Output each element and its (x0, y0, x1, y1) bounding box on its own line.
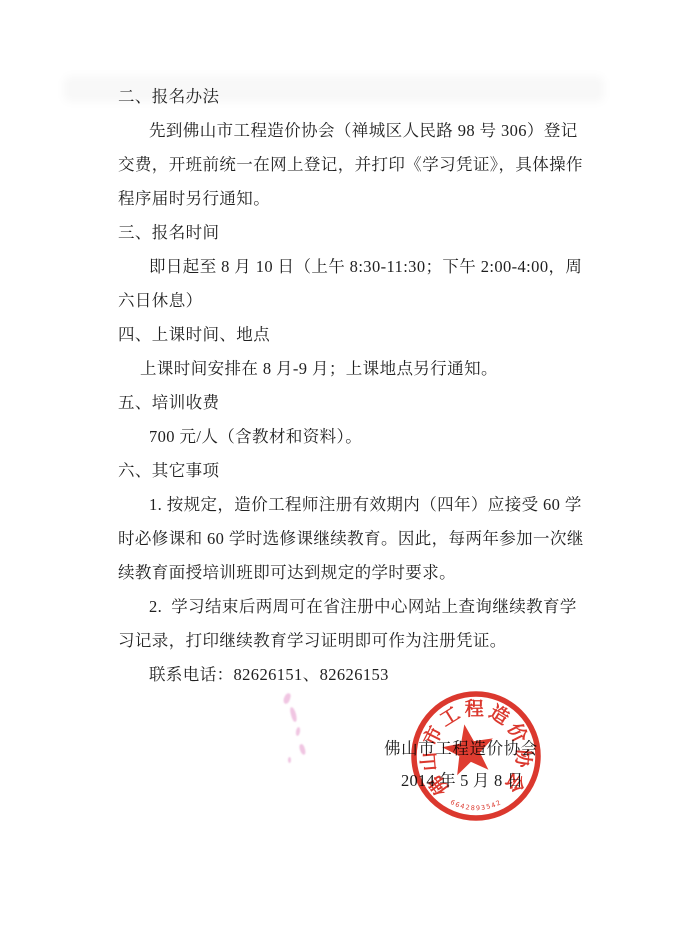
ink-smudge (295, 727, 301, 737)
body-line: 即日起至 8 月 10 日（上午 8:30-11:30；下午 2:00-4:00… (118, 250, 588, 284)
section-heading-5: 五、培训收费 (118, 386, 588, 420)
ink-smudge (289, 707, 297, 723)
body-line: 2. 学习结束后两周可在省注册中心网站上查询继续教育学 (118, 590, 588, 624)
svg-text:6642893542: 6642893542 (449, 798, 503, 812)
body-line: 1. 按规定，造价工程师注册有效期内（四年）应接受 60 学 (118, 488, 588, 522)
ink-smudge (298, 743, 306, 755)
body-line: 时必修课和 60 学时选修课继续教育。因此，每两年参加一次继 (118, 522, 588, 556)
body-line: 先到佛山市工程造价协会（禅城区人民路 98 号 306）登记 (118, 114, 588, 148)
body-line: 续教育面授培训班即可达到规定的学时要求。 (118, 556, 588, 590)
section-heading-4: 四、上课时间、地点 (118, 318, 588, 352)
body-line: 700 元/人（含教材和资料）。 (118, 420, 588, 454)
ink-smudge (282, 692, 291, 704)
section-heading-2: 二、报名办法 (118, 80, 588, 114)
document-page: 二、报名办法 先到佛山市工程造价协会（禅城区人民路 98 号 306）登记 交费… (0, 0, 680, 935)
document-body: 二、报名办法 先到佛山市工程造价协会（禅城区人民路 98 号 306）登记 交费… (118, 80, 588, 692)
section-heading-6: 六、其它事项 (118, 454, 588, 488)
official-seal: 佛山市工程造价协会 6642893542 (400, 679, 552, 831)
body-line: 交费，开班前统一在网上登记，并打印《学习凭证》，具体操作 (118, 148, 588, 182)
body-line: 程序届时另行通知。 (118, 182, 588, 216)
seal-serial-number: 6642893542 (449, 798, 503, 812)
body-line: 习记录，打印继续教育学习证明即可作为注册凭证。 (118, 624, 588, 658)
body-line: 上课时间安排在 8 月-9 月；上课地点另行通知。 (118, 352, 588, 386)
ink-smudge (288, 757, 291, 763)
section-heading-3: 三、报名时间 (118, 216, 588, 250)
body-line: 六日休息） (118, 284, 588, 318)
